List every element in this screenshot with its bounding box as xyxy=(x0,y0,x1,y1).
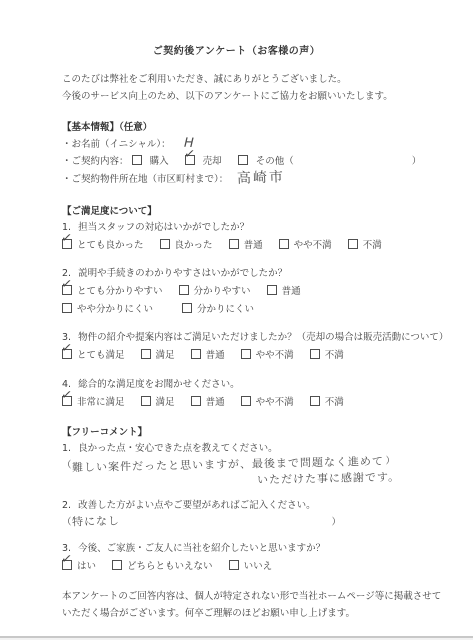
option-label: 非常に満足 xyxy=(77,397,125,408)
checkbox-neutral[interactable]: ✓ xyxy=(112,560,122,570)
checkbox[interactable]: ✓ xyxy=(229,239,239,249)
checkbox-option: ✓不満 xyxy=(310,350,344,361)
checkbox-option: ✓普通 xyxy=(191,397,225,408)
checkbox-no[interactable]: ✓ xyxy=(229,560,239,570)
question-number: 2. xyxy=(62,500,71,511)
check-icon: ✓ xyxy=(60,552,73,566)
question-2-options-row1: ✓とても分かりやすい ✓分かりやすい ✓普通 xyxy=(62,284,449,299)
checkbox-option: ✓普通 xyxy=(191,350,225,361)
checkbox-sale[interactable]: ✓ xyxy=(185,155,195,165)
checkbox-option: ✓分かりにくい xyxy=(182,304,254,315)
checkbox[interactable]: ✓ xyxy=(191,349,201,359)
basic-info-header: 【基本情報】（任意） xyxy=(62,120,449,135)
checkbox-option: ✓普通 xyxy=(229,240,263,251)
check-icon: ✓ xyxy=(183,147,196,161)
checkbox-option: ✓やや不満 xyxy=(241,350,294,361)
location-row: ・ご契約物件所在地（市区町村まで）： 高崎市 xyxy=(62,171,449,187)
question-2: 2.説明や手続きのわかりやすさはいかがでしたか？ xyxy=(62,266,449,281)
question-1: 1.担当スタッフの対応はいかがでしたか？ xyxy=(62,220,449,235)
question-4-options: ✓非常に満足 ✓満足 ✓普通 ✓やや不満 ✓不満 xyxy=(62,395,449,410)
option-label: 不満 xyxy=(363,240,382,251)
question-text: 総合的な満足度をお聞かせください。 xyxy=(78,379,240,390)
checkbox-purchase[interactable]: ✓ xyxy=(132,155,142,165)
free-answer-1-continued: いただけた事に感謝です。 xyxy=(257,472,449,487)
question-text: 担当スタッフの対応はいかがでしたか？ xyxy=(78,222,249,233)
option-label: その他（ xyxy=(256,156,294,167)
privacy-notice-line2: いただく場合がございます。何卒ご理解のほどお願い申し上げます。 xyxy=(62,606,449,623)
question-text: 良かった点・安心できた点を教えてください。 xyxy=(78,443,278,454)
checkbox[interactable]: ✓ xyxy=(241,349,251,359)
option-label: 満足 xyxy=(156,350,175,361)
question-2-options-row2: ✓やや分かりにくい ✓分かりにくい xyxy=(62,302,449,317)
check-icon: ✓ xyxy=(60,341,73,355)
checkbox-option-neutral: ✓どちらともいえない xyxy=(112,561,213,572)
option-label: やや不満 xyxy=(256,397,294,408)
free-answer-2[interactable]: （特になし） xyxy=(62,515,449,530)
option-label: やや不満 xyxy=(256,350,294,361)
checkbox[interactable]: ✓ xyxy=(267,285,277,295)
question-text: 説明や手続きのわかりやすさはいかがでしたか？ xyxy=(78,268,287,279)
question-3-options: ✓とても満足 ✓満足 ✓普通 ✓やや不満 ✓不満 xyxy=(62,348,449,363)
checkbox[interactable]: ✓ xyxy=(160,239,170,249)
checkbox-option: ✓満足 xyxy=(141,350,175,361)
handwritten-comment-line2: いただけた事に感謝です。 xyxy=(257,472,400,487)
checkbox[interactable]: ✓ xyxy=(141,396,151,406)
option-label: やや分かりにくい xyxy=(77,304,153,315)
checkbox-yes[interactable]: ✓ xyxy=(62,560,72,570)
checkbox-other[interactable]: ✓ xyxy=(238,155,248,165)
free-question-3: 3.今後、ご家族・ご友人に当社を紹介したいと思いますか？ xyxy=(62,541,449,556)
question-text: 改善した方がよい点やご要望があればご記入ください。 xyxy=(78,500,316,511)
check-icon: ✓ xyxy=(60,388,73,402)
option-label: どちらともいえない xyxy=(127,561,213,572)
checkbox-option-yes: ✓はい xyxy=(62,561,96,572)
checkbox-option: ✓不満 xyxy=(310,397,344,408)
form-title: ご契約後アンケート（お客様の声） xyxy=(0,0,473,57)
checkbox-option: ✓とても良かった xyxy=(62,240,144,251)
free-comment-header: 【フリーコメント】 xyxy=(62,425,449,440)
option-label: 購入 xyxy=(150,156,169,167)
checkbox-option-sale: ✓ 売却 xyxy=(185,156,225,167)
privacy-notice-line1: 本アンケートのご回答内容は、個人が特定されない形で当社ホームページ等に掲載させて xyxy=(62,589,449,606)
checkbox-option: ✓やや不満 xyxy=(279,240,332,251)
checkbox[interactable]: ✓ xyxy=(241,396,251,406)
option-label: とても良かった xyxy=(77,240,144,251)
checkbox-option: ✓とても満足 xyxy=(62,350,125,361)
open-paren: （ xyxy=(62,460,72,471)
option-label: 不満 xyxy=(325,350,344,361)
intro-line-1: このたびは弊社をご利用いただき、誠にありがとうございました。 xyxy=(62,71,449,88)
name-label: ・お名前（イニシャル）： xyxy=(62,139,171,150)
checkbox-option-other: ✓ その他（ xyxy=(238,156,297,167)
checkbox[interactable]: ✓ xyxy=(182,303,192,313)
location-label: ・ご契約物件所在地（市区町村まで）： xyxy=(62,174,228,185)
option-label: 売却 xyxy=(203,156,222,167)
other-close-paren: ） xyxy=(412,156,422,167)
checkbox[interactable]: ✓ xyxy=(310,396,320,406)
intro-line-2: 今後のサービス向上のため、以下のアンケートにご協力をお願いいたします。 xyxy=(62,88,449,105)
checkbox[interactable]: ✓ xyxy=(279,239,289,249)
checkbox[interactable]: ✓ xyxy=(191,396,201,406)
question-4: 4.総合的な満足度をお聞かせください。 xyxy=(62,377,449,392)
free-question-2: 2.改善した方がよい点やご要望があればご記入ください。 xyxy=(62,498,449,513)
checkbox-option-purchase: ✓ 購入 xyxy=(132,156,172,167)
form-content: このたびは弊社をご利用いただき、誠にありがとうございました。 今後のサービス向上… xyxy=(0,71,473,622)
option-label: とても満足 xyxy=(77,350,125,361)
checkbox[interactable]: ✓ xyxy=(62,239,72,249)
checkbox[interactable]: ✓ xyxy=(179,285,189,295)
question-3: 3.物件の紹介や提案内容はご満足いただけましたか？（売却の場合は販売活動について… xyxy=(62,330,449,345)
checkbox-option: ✓分かりやすい xyxy=(179,286,251,297)
contract-label: ・ご契約内容： xyxy=(62,156,129,167)
checkbox-option: ✓非常に満足 xyxy=(62,397,125,408)
close-paren: ） xyxy=(332,517,342,528)
checkbox-option: ✓やや不満 xyxy=(241,397,294,408)
checkbox-option: ✓普通 xyxy=(267,286,301,297)
satisfaction-header: 【ご満足度について】 xyxy=(62,204,449,219)
option-label: 普通 xyxy=(244,240,263,251)
question-number: 1. xyxy=(62,443,71,454)
option-label: 普通 xyxy=(206,397,225,408)
checkbox-option: ✓とても分かりやすい xyxy=(62,286,163,297)
question-1-options: ✓とても良かった ✓良かった ✓普通 ✓やや不満 ✓不満 xyxy=(62,238,449,253)
option-label: 普通 xyxy=(282,286,301,297)
checkbox[interactable]: ✓ xyxy=(62,349,72,359)
checkbox[interactable]: ✓ xyxy=(62,303,72,313)
checkbox-option: ✓満足 xyxy=(141,397,175,408)
option-label: とても分かりやすい xyxy=(77,286,163,297)
checkbox[interactable]: ✓ xyxy=(62,396,72,406)
contract-row: ・ご契約内容： ✓ 購入 ✓ 売却 ✓ その他（ ） xyxy=(62,154,449,169)
free-question-1: 1.良かった点・安心できた点を教えてください。 xyxy=(62,441,449,456)
handwritten-answer: 特になし xyxy=(71,515,119,528)
check-icon: ✓ xyxy=(60,231,73,245)
option-label: いいえ xyxy=(244,561,273,572)
name-row: ・お名前（イニシャル）： H xyxy=(62,137,449,152)
question-text: 今後、ご家族・ご友人に当社を紹介したいと思いますか？ xyxy=(78,543,325,554)
checkbox[interactable]: ✓ xyxy=(62,285,72,295)
checkbox[interactable]: ✓ xyxy=(310,349,320,359)
check-icon: ✓ xyxy=(60,277,73,291)
question-text: 物件の紹介や提案内容はご満足いただけましたか？（売却の場合は販売活動について） xyxy=(78,332,448,343)
privacy-notice: 本アンケートのご回答内容は、個人が特定されない形で当社ホームページ等に掲載させて… xyxy=(62,589,449,622)
location-value-handwritten: 高崎市 xyxy=(237,170,286,187)
option-label: 分かりやすい xyxy=(194,286,251,297)
checkbox-option: ✓不満 xyxy=(348,240,382,251)
free-question-3-options: ✓はい ✓どちらともいえない ✓いいえ xyxy=(62,559,449,574)
option-label: やや不満 xyxy=(294,240,332,251)
open-paren: （ xyxy=(62,517,72,528)
checkbox-option: ✓良かった xyxy=(160,240,213,251)
option-label: 分かりにくい xyxy=(197,304,254,315)
option-label: はい xyxy=(77,561,96,572)
option-label: 満足 xyxy=(156,397,175,408)
checkbox-option-no: ✓いいえ xyxy=(229,561,273,572)
option-label: 不満 xyxy=(325,397,344,408)
checkbox-option: ✓やや分かりにくい xyxy=(62,304,153,315)
checkbox[interactable]: ✓ xyxy=(348,239,358,249)
close-paren: ） xyxy=(386,456,396,467)
option-label: 普通 xyxy=(206,350,225,361)
scanned-survey-page: ご契約後アンケート（お客様の声） このたびは弊社をご利用いただき、誠にありがとう… xyxy=(0,0,473,638)
checkbox[interactable]: ✓ xyxy=(141,349,151,359)
option-label: 良かった xyxy=(175,240,213,251)
intro-text: このたびは弊社をご利用いただき、誠にありがとうございました。 今後のサービス向上… xyxy=(62,71,449,105)
